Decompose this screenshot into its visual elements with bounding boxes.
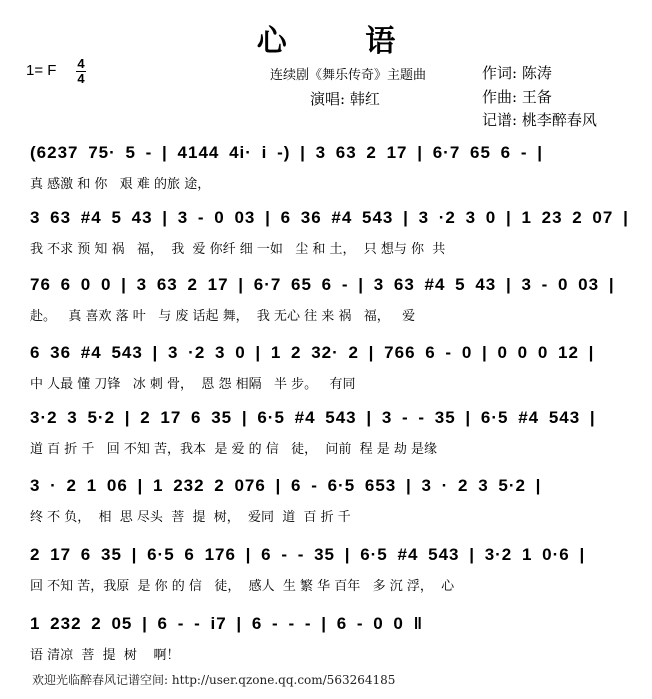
time-top: 4: [77, 56, 84, 71]
notes: 1 232 2 05 | 6 - - i7 | 6 - - - | 6 - 0 …: [30, 614, 423, 634]
key-signature: 1= F: [26, 62, 56, 79]
time-bottom: 4: [77, 71, 84, 86]
lyrics: 终 不 负， 相 思 尽头 菩 提 树， 爱同 道 百 折 千: [30, 506, 351, 525]
subtitle: 连续剧《舞乐传奇》主题曲: [270, 64, 426, 83]
singer: 演唱: 韩红: [310, 88, 380, 109]
transcriber: 记谱: 桃李醉春风: [482, 109, 597, 130]
lyrics: 我 不求 预 知 祸 福， 我 爱 你纤 细 一如 尘 和 土， 只 想与 你 …: [30, 238, 445, 257]
lyrics: 中 人最 懂 刀锋 冰 刺 骨， 恩 怨 相隔 半 步。 有同: [30, 373, 356, 392]
time-signature: 4 4: [76, 58, 86, 85]
notes: 2 17 6 35 | 6·5 6 176 | 6 - - 35 | 6·5 #…: [30, 545, 585, 565]
lyrics: 赴。 真 喜欢 落 叶 与 废 话起 舞， 我 无心 往 来 祸 福， 爱: [30, 305, 415, 324]
footer-credit: 欢迎光临醉春风记谱空间: http://user.qzone.qq.com/56…: [32, 671, 395, 688]
lyrics: 道 百 折 千 回 不知 苦，我本 是 爱 的 信 徒， 问前 程 是 劫 是缘: [30, 438, 437, 457]
song-title: 心 语: [0, 16, 652, 60]
composer: 作曲: 王备: [482, 86, 552, 107]
lyricist: 作词: 陈涛: [482, 62, 552, 83]
score-line-8: 1 232 2 05 | 6 - - i7 | 6 - - - | 6 - 0 …: [0, 606, 652, 666]
score-line-7: 2 17 6 35 | 6·5 6 176 | 6 - - 35 | 6·5 #…: [0, 537, 652, 597]
lyrics: 真 感激 和 你 艰 难 的旅 途，: [30, 173, 210, 192]
notes: 76 6 0 0 | 3 63 2 17 | 6·7 65 6 - | 3 63…: [30, 275, 615, 295]
notes: 3·2 3 5·2 | 2 17 6 35 | 6·5 #4 543 | 3 -…: [30, 408, 596, 428]
notes: 6 36 #4 543 | 3 ·2 3 0 | 1 2 32· 2 | 766…: [30, 343, 594, 363]
lyrics: 回 不知 苦，我原 是 你 的 信 徒， 感人 生 繁 华 百年 多 沉 浮， …: [30, 575, 454, 594]
score-line-1: (6237 75· 5 - | 4144 4i· i -) | 3 63 2 1…: [0, 135, 652, 195]
lyrics: 语 清凉 菩 提 树 啊！: [30, 644, 179, 663]
notes: (6237 75· 5 - | 4144 4i· i -) | 3 63 2 1…: [30, 143, 543, 163]
score-line-3: 76 6 0 0 | 3 63 2 17 | 6·7 65 6 - | 3 63…: [0, 267, 652, 327]
notes: 3 63 #4 5 43 | 3 - 0 03 | 6 36 #4 543 | …: [30, 208, 629, 228]
score-line-6: 3 · 2 1 06 | 1 232 2 076 | 6 - 6·5 653 |…: [0, 468, 652, 528]
score-line-4: 6 36 #4 543 | 3 ·2 3 0 | 1 2 32· 2 | 766…: [0, 335, 652, 395]
score-line-2: 3 63 #4 5 43 | 3 - 0 03 | 6 36 #4 543 | …: [0, 200, 652, 260]
notes: 3 · 2 1 06 | 1 232 2 076 | 6 - 6·5 653 |…: [30, 476, 541, 496]
score-line-5: 3·2 3 5·2 | 2 17 6 35 | 6·5 #4 543 | 3 -…: [0, 400, 652, 460]
